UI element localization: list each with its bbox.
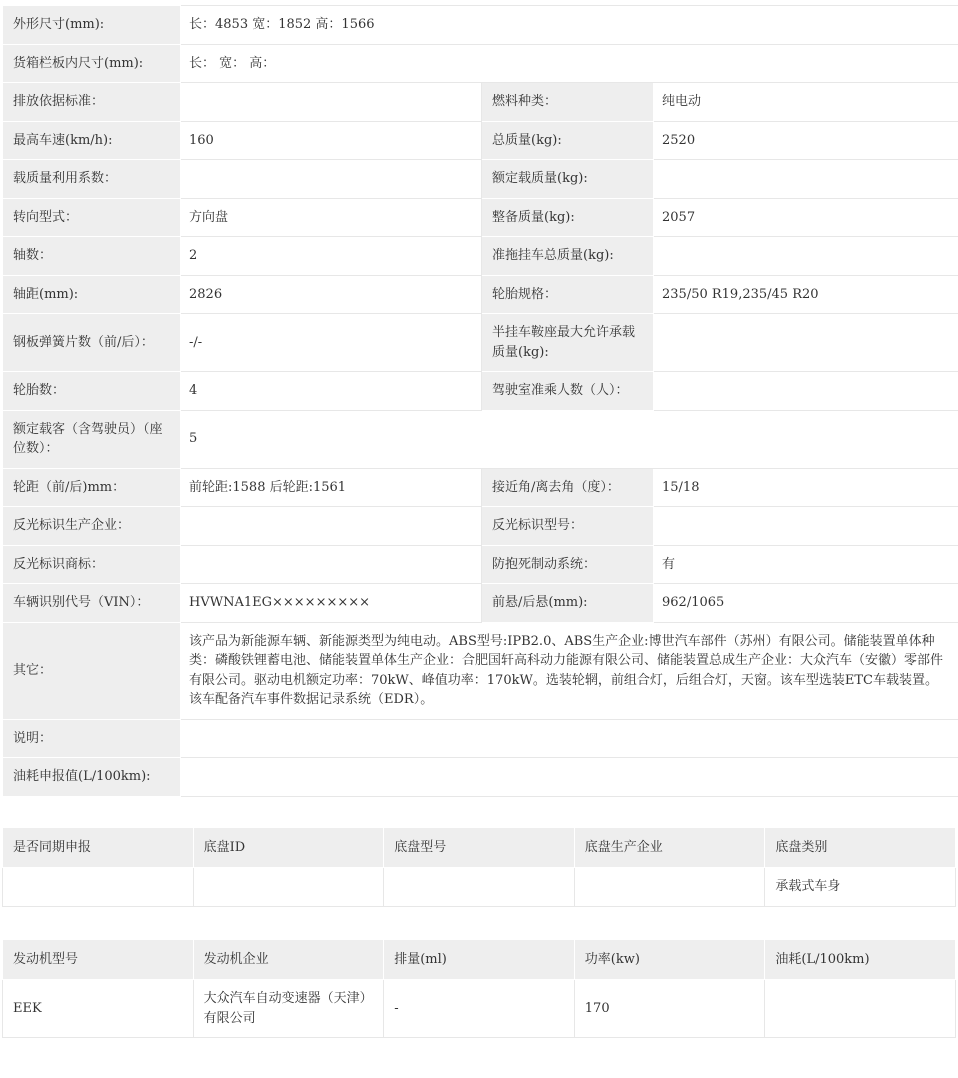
spec-row: 转向型式：方向盘整备质量(kg):2057 xyxy=(3,198,958,237)
spec-label: 额定载质量(kg): xyxy=(482,160,654,199)
engine-table: 发动机型号发动机企业排量(ml)功率(kw)油耗(L/100km) EEK大众汽… xyxy=(2,939,956,1039)
spec-row: 货箱栏板内尺寸(mm):长： 宽： 高： xyxy=(3,44,958,83)
spec-value: 962/1065 xyxy=(654,584,958,623)
engine-header-cell: 发动机型号 xyxy=(3,939,194,980)
spec-label: 轮距（前/后)mm： xyxy=(3,468,181,507)
spec-value xyxy=(181,545,482,584)
spec-label: 轮胎数： xyxy=(3,372,181,411)
spec-value xyxy=(181,758,958,797)
spec-label: 其它： xyxy=(3,622,181,719)
chassis-row: 承载式车身 xyxy=(3,868,956,907)
chassis-header-cell: 底盘型号 xyxy=(384,827,575,868)
spec-label: 准拖挂车总质量(kg): xyxy=(482,237,654,276)
spec-label: 额定载客（含驾驶员）（座位数）： xyxy=(3,410,181,468)
spec-label: 驾驶室准乘人数（人）： xyxy=(482,372,654,411)
vehicle-announcement-page: 外形尺寸(mm):长：4853 宽：1852 高：1566货箱栏板内尺寸(mm)… xyxy=(0,0,958,1078)
chassis-header-row: 是否同期申报底盘ID底盘型号底盘生产企业底盘类别 xyxy=(3,827,956,868)
spec-label: 外形尺寸(mm): xyxy=(3,6,181,45)
spec-value: HVWNA1EG××××××××× xyxy=(181,584,482,623)
spec-row: 其它：该产品为新能源车辆、新能源类型为纯电动。ABS型号:IPB2.0、ABS生… xyxy=(3,622,958,719)
spec-value xyxy=(181,507,482,546)
spec-value: 2 xyxy=(181,237,482,276)
engine-cell xyxy=(765,980,956,1038)
spec-label: 整备质量(kg): xyxy=(482,198,654,237)
engine-header-row: 发动机型号发动机企业排量(ml)功率(kw)油耗(L/100km) xyxy=(3,939,956,980)
spec-row: 最高车速(km/h):160总质量(kg):2520 xyxy=(3,121,958,160)
spec-value: 该产品为新能源车辆、新能源类型为纯电动。ABS型号:IPB2.0、ABS生产企业… xyxy=(181,622,958,719)
spec-value xyxy=(181,160,482,199)
spec-label: 载质量利用系数： xyxy=(3,160,181,199)
spec-value xyxy=(654,160,958,199)
spec-label: 前悬/后悬(mm): xyxy=(482,584,654,623)
engine-cell: EEK xyxy=(3,980,194,1038)
spec-value: 2520 xyxy=(654,121,958,160)
engine-cell: 170 xyxy=(574,980,765,1038)
spec-value: 4 xyxy=(181,372,482,411)
spec-value: 235/50 R19,235/45 R20 xyxy=(654,275,958,314)
spec-value xyxy=(654,507,958,546)
spec-label: 车辆识别代号（VIN）： xyxy=(3,584,181,623)
spec-label: 总质量(kg): xyxy=(482,121,654,160)
chassis-header-cell: 底盘ID xyxy=(193,827,384,868)
spec-value: 有 xyxy=(654,545,958,584)
spec-label: 轴数： xyxy=(3,237,181,276)
spec-row: 车辆识别代号（VIN）：HVWNA1EG×××××××××前悬/后悬(mm):9… xyxy=(3,584,958,623)
chassis-header-cell: 是否同期申报 xyxy=(3,827,194,868)
spec-label: 反光标识型号： xyxy=(482,507,654,546)
spec-label: 轮胎规格： xyxy=(482,275,654,314)
spec-label: 货箱栏板内尺寸(mm): xyxy=(3,44,181,83)
spec-label: 半挂车鞍座最大允许承载质量(kg): xyxy=(482,314,654,372)
spec-value: 160 xyxy=(181,121,482,160)
spec-value: 2826 xyxy=(181,275,482,314)
spec-value xyxy=(181,719,958,758)
spec-value xyxy=(654,372,958,411)
spec-value xyxy=(181,83,482,122)
engine-row: EEK大众汽车自动变速器（天津）有限公司-170 xyxy=(3,980,956,1038)
spec-value: 前轮距:1588 后轮距:1561 xyxy=(181,468,482,507)
chassis-table-body: 承载式车身 xyxy=(3,868,956,907)
spec-label: 转向型式： xyxy=(3,198,181,237)
spec-value: -/- xyxy=(181,314,482,372)
chassis-cell xyxy=(3,868,194,907)
engine-header-cell: 排量(ml) xyxy=(384,939,575,980)
chassis-header-cell: 底盘生产企业 xyxy=(574,827,765,868)
spec-row: 反光标识商标：防抱死制动系统：有 xyxy=(3,545,958,584)
spec-row: 外形尺寸(mm):长：4853 宽：1852 高：1566 xyxy=(3,6,958,45)
spec-row: 轮胎数：4驾驶室准乘人数（人）： xyxy=(3,372,958,411)
spec-label: 轴距(mm): xyxy=(3,275,181,314)
spec-label: 反光标识商标： xyxy=(3,545,181,584)
spec-label: 反光标识生产企业： xyxy=(3,507,181,546)
chassis-cell xyxy=(574,868,765,907)
spec-label: 排放依据标准： xyxy=(3,83,181,122)
engine-cell: - xyxy=(384,980,575,1038)
spec-label: 最高车速(km/h): xyxy=(3,121,181,160)
chassis-cell: 承载式车身 xyxy=(765,868,956,907)
spec-value: 长：4853 宽：1852 高：1566 xyxy=(181,6,958,45)
chassis-table: 是否同期申报底盘ID底盘型号底盘生产企业底盘类别 承载式车身 xyxy=(2,827,956,907)
spec-label: 说明： xyxy=(3,719,181,758)
spec-row: 轴距(mm):2826轮胎规格：235/50 R19,235/45 R20 xyxy=(3,275,958,314)
spec-row: 反光标识生产企业：反光标识型号： xyxy=(3,507,958,546)
spec-row: 油耗申报值(L/100km): xyxy=(3,758,958,797)
engine-cell: 大众汽车自动变速器（天津）有限公司 xyxy=(193,980,384,1038)
vehicle-spec-table-body: 外形尺寸(mm):长：4853 宽：1852 高：1566货箱栏板内尺寸(mm)… xyxy=(3,6,958,797)
engine-table-body: EEK大众汽车自动变速器（天津）有限公司-170 xyxy=(3,980,956,1038)
spec-label: 防抱死制动系统： xyxy=(482,545,654,584)
engine-header-cell: 功率(kw) xyxy=(574,939,765,980)
chassis-header-cell: 底盘类别 xyxy=(765,827,956,868)
spec-row: 载质量利用系数：额定载质量(kg): xyxy=(3,160,958,199)
spec-row: 说明： xyxy=(3,719,958,758)
spec-value: 长： 宽： 高： xyxy=(181,44,958,83)
spec-value: 2057 xyxy=(654,198,958,237)
spec-label: 油耗申报值(L/100km): xyxy=(3,758,181,797)
spec-label: 钢板弹簧片数（前/后）： xyxy=(3,314,181,372)
spec-row: 轮距（前/后)mm：前轮距:1588 后轮距:1561接近角/离去角（度）：15… xyxy=(3,468,958,507)
chassis-cell xyxy=(384,868,575,907)
engine-header-cell: 发动机企业 xyxy=(193,939,384,980)
spec-value: 方向盘 xyxy=(181,198,482,237)
spec-value xyxy=(654,314,958,372)
engine-table-head: 发动机型号发动机企业排量(ml)功率(kw)油耗(L/100km) xyxy=(3,939,956,980)
chassis-cell xyxy=(193,868,384,907)
vehicle-spec-table: 外形尺寸(mm):长：4853 宽：1852 高：1566货箱栏板内尺寸(mm)… xyxy=(2,5,958,797)
spec-label: 接近角/离去角（度）： xyxy=(482,468,654,507)
spec-row: 轴数：2准拖挂车总质量(kg): xyxy=(3,237,958,276)
spec-row: 钢板弹簧片数（前/后）：-/-半挂车鞍座最大允许承载质量(kg): xyxy=(3,314,958,372)
spec-value xyxy=(654,237,958,276)
spec-value: 纯电动 xyxy=(654,83,958,122)
engine-header-cell: 油耗(L/100km) xyxy=(765,939,956,980)
spec-row: 排放依据标准：燃料种类：纯电动 xyxy=(3,83,958,122)
spec-label: 燃料种类： xyxy=(482,83,654,122)
spec-value: 15/18 xyxy=(654,468,958,507)
spec-value: 5 xyxy=(181,410,958,468)
spec-row: 额定载客（含驾驶员）（座位数）：5 xyxy=(3,410,958,468)
chassis-table-head: 是否同期申报底盘ID底盘型号底盘生产企业底盘类别 xyxy=(3,827,956,868)
